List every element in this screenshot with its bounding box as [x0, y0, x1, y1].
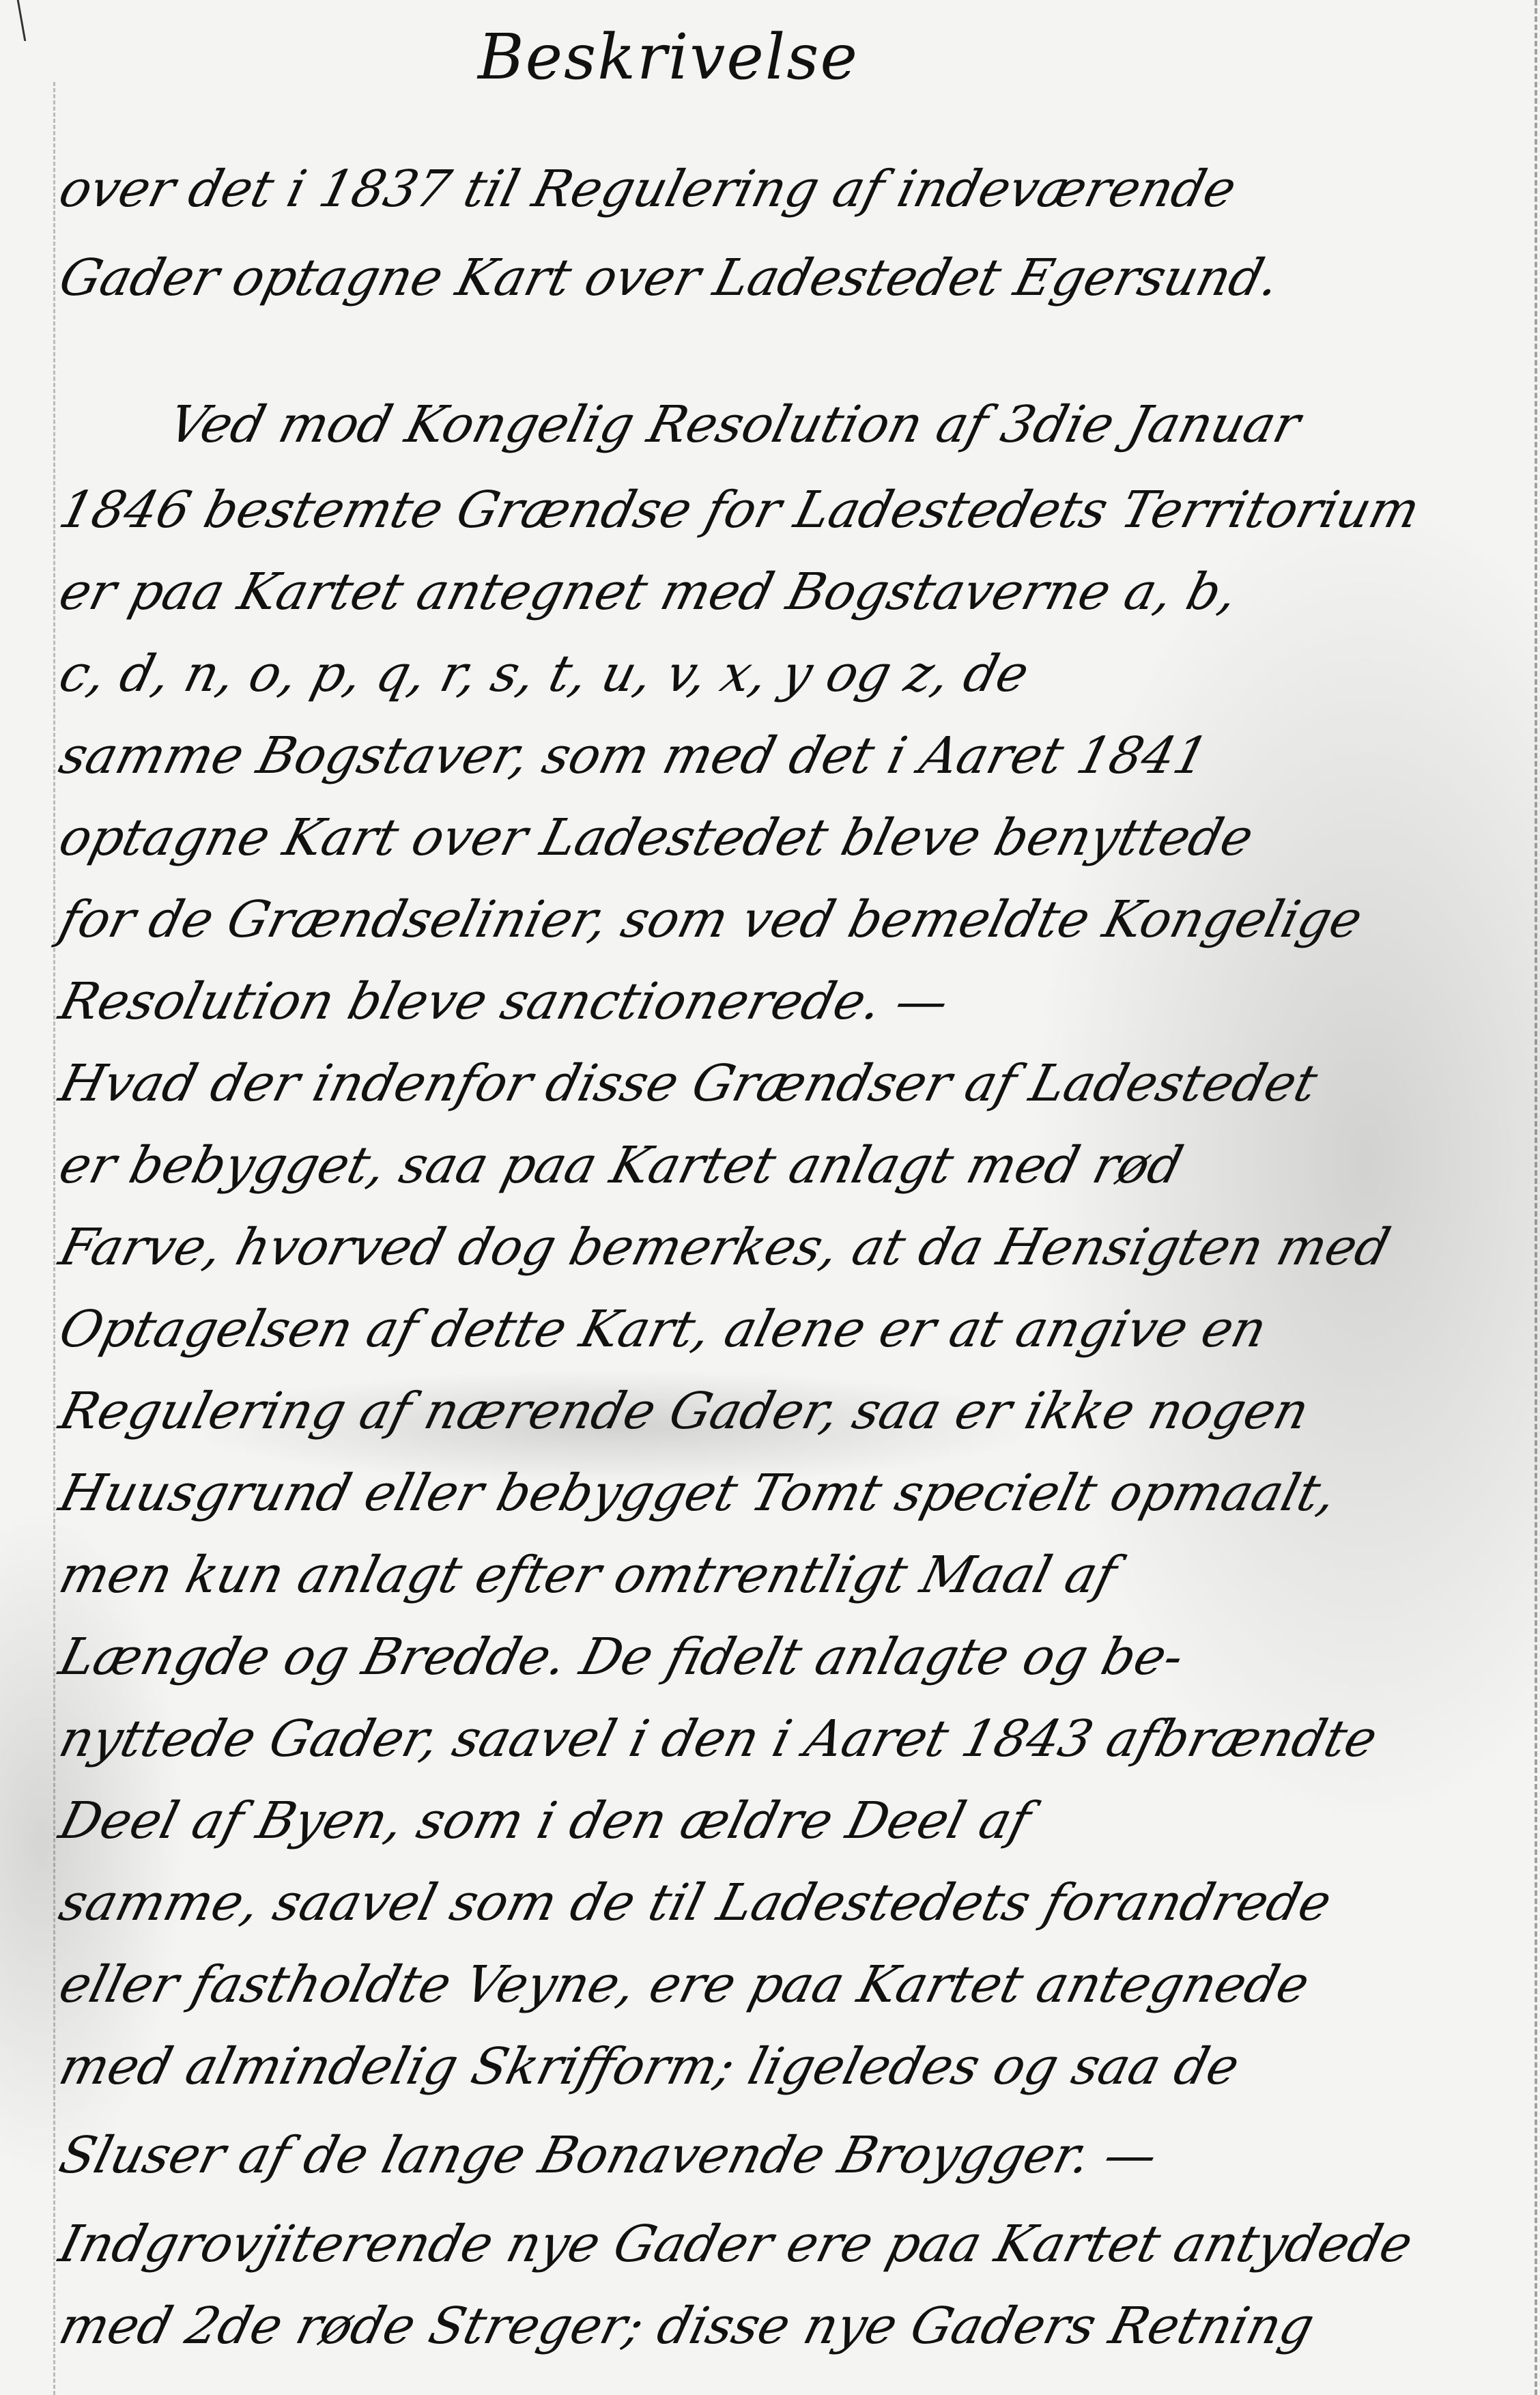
- text-line: over det i 1837 til Regulering af indevæ…: [55, 164, 1241, 214]
- text-line: Regulering af nærende Gader, saa er ikke…: [55, 1386, 1314, 1436]
- text-line: Sluser af de lange Bonavende Broygger. —: [55, 2130, 1163, 2181]
- document-title: Beskrivelse: [478, 20, 859, 94]
- text-line: Optagelsen af dette Kart, alene er at an…: [55, 1304, 1272, 1355]
- text-line: Hvad der indenfor disse Grændser af Lade…: [55, 1058, 1322, 1109]
- text-line: Huusgrund eller bebygget Tomt specielt o…: [55, 1468, 1341, 1518]
- text-line: er paa Kartet antegnet med Bogstaverne a…: [55, 567, 1242, 617]
- text-line: Resolution bleve sanctionerede. —: [55, 976, 954, 1027]
- text-line: nyttede Gader, saavel i den i Aaret 1843…: [55, 1714, 1382, 1764]
- text-line: for de Grændselinier, som ved bemeldte K…: [55, 894, 1367, 945]
- text-line: Deel af Byen, som i den ældre Deel af: [55, 1796, 1036, 1846]
- text-line: samme, saavel som de til Ladestedets for…: [55, 1877, 1336, 1928]
- text-line: Gader optagne Kart over Ladestedet Egers…: [55, 253, 1285, 303]
- text-line: 1846 bestemte Grændse for Ladestedets Te…: [55, 485, 1425, 535]
- text-line: eller fastholdte Veyne, ere paa Kartet a…: [55, 1959, 1314, 2010]
- text-line: Længde og Bredde. De fidelt anlagte og b…: [55, 1632, 1188, 1682]
- page-corner-mark: [0, 0, 26, 41]
- text-line: c, d, n, o, p, q, r, s, t, u, v, x, y og…: [55, 649, 1033, 699]
- text-line: Ved mod Kongelig Resolution af 3die Janu…: [55, 399, 1305, 450]
- text-line: med 2de røde Streger; disse nye Gaders R…: [55, 2301, 1319, 2351]
- text-line: Farve, hvorved dog bemerkes, at da Hensi…: [55, 1222, 1395, 1273]
- text-line: Indgrovjiterende nye Gader ere paa Karte…: [55, 2219, 1417, 2269]
- document-page: Beskrivelse over det i 1837 til Reguleri…: [0, 0, 1540, 2395]
- text-line: er bebygget, saa paa Kartet anlagt med r…: [55, 1140, 1188, 1191]
- left-margin-rule: [53, 82, 55, 2395]
- text-line: optagne Kart over Ladestedet bleve benyt…: [55, 812, 1258, 863]
- right-page-edge: [1535, 0, 1537, 2395]
- text-line: men kun anlagt efter omtrentligt Maal af: [55, 1550, 1122, 1600]
- text-line: samme Bogstaver, som med det i Aaret 184…: [55, 731, 1213, 781]
- text-line: med almindelig Skrifform; ligeledes og s…: [55, 2041, 1244, 2092]
